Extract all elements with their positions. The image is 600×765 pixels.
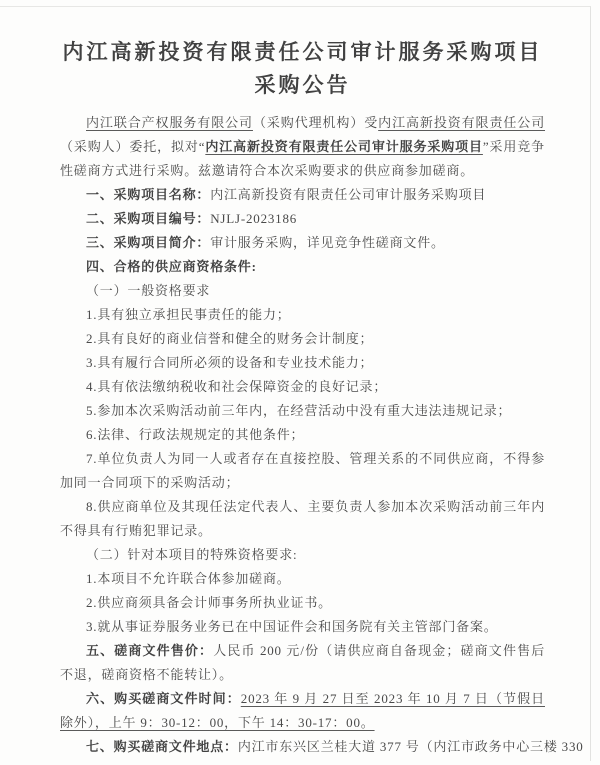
special-qualification-item-1: 1.本项目不允许联合体参加磋商。 [60,567,545,591]
section-project-name: 一、采购项目名称：内江高新投资有限责任公司审计服务采购项目 [60,183,545,207]
section-7-value: 内江市东兴区兰桂大道 377 号（内江市政务中心三楼 330 [238,739,584,754]
section-7-label: 七、购买磋商文件地点： [86,739,238,754]
general-qualification-item-6: 6.法律、行政法规规定的其他条件； [60,423,545,447]
intro-paragraph: 内江联合产权服务有限公司（采购代理机构）受内江高新投资有限责任公司（采购人）委托… [60,111,545,183]
general-qualification-item-2: 2.具有良好的商业信誉和健全的财务会计制度； [60,327,545,351]
section-5-label: 五、磋商文件售价： [86,643,213,658]
general-qualification-item-3: 3.具有履行合同所必须的设备和专业技术能力； [60,351,545,375]
section-2-label: 二、采购项目编号： [86,211,210,226]
section-3-value: 审计服务采购，详见竞争性磋商文件。 [210,235,445,250]
section-6-label: 六、购买磋商文件时间： [86,691,241,706]
section-1-value: 内江高新投资有限责任公司审计服务采购项目 [210,187,486,202]
general-qualification-item-5: 5.参加本次采购活动前三年内，在经营活动中没有重大违法违规记录； [60,399,545,423]
agency-name: 内江联合产权服务有限公司 [86,115,253,130]
document-title: 内江高新投资有限责任公司审计服务采购项目采购公告 [60,36,545,102]
section-purchase-time: 六、购买磋商文件时间：2023 年 9 月 27 日至 2023 年 10 月 … [60,687,545,735]
general-qualification-item-7: 7.单位负责人为同一人或者存在直接控股、管理关系的不同供应商，不得参加同一合同项… [60,447,545,495]
intro-text-1: （采购代理机构）受 [253,115,378,130]
purchaser-name: 内江高新投资有限责任公司 [378,115,545,130]
general-qualification-header: （一）一般资格要求 [60,279,545,303]
section-4-label: 四、合格的供应商资格条件: [86,259,257,274]
special-qualification-header: （二）针对本项目的特殊资格要求: [60,543,545,567]
section-purchase-location: 七、购买磋商文件地点：内江市东兴区兰桂大道 377 号（内江市政务中心三楼 33… [60,735,545,759]
intro-text-2: （采购人）委托，拟对“ [60,139,205,154]
section-project-number: 二、采购项目编号：NJLJ-2023186 [60,207,545,231]
general-qualification-item-8: 8.供应商单位及其现任法定代表人、主要负责人参加本次采购活动前三年内不得具有行贿… [60,495,545,543]
section-document-price: 五、磋商文件售价：人民币 200 元/份（请供应商自备现金；磋商文件售后不退，磋… [60,639,545,687]
project-name: 内江高新投资有限责任公司审计服务采购项目 [205,139,483,154]
section-3-label: 三、采购项目简介： [86,235,210,250]
section-supplier-qualification: 四、合格的供应商资格条件: [60,255,545,279]
special-qualification-item-2: 2.供应商须具备会计师事务所执业证书。 [60,591,545,615]
section-project-brief: 三、采购项目简介：审计服务采购，详见竞争性磋商文件。 [60,231,545,255]
procurement-announcement-document: 内江高新投资有限责任公司审计服务采购项目采购公告 内江联合产权服务有限公司（采购… [0,0,600,765]
section-2-value: NJLJ-2023186 [210,211,297,226]
title-line-1: 内江高新投资有限责任公司审计服务采购项目 [63,40,543,64]
general-qualification-item-1: 1.具有独立承担民事责任的能力； [60,303,545,327]
general-qualification-item-4: 4.具有依法缴纳税收和社会保障资金的良好记录； [60,375,545,399]
title-line-2: 采购公告 [255,73,351,97]
special-qualification-item-3: 3.就从事证券服务业务已在中国证件会和国务院有关主管部门备案。 [60,615,545,639]
section-1-label: 一、采购项目名称： [86,187,210,202]
